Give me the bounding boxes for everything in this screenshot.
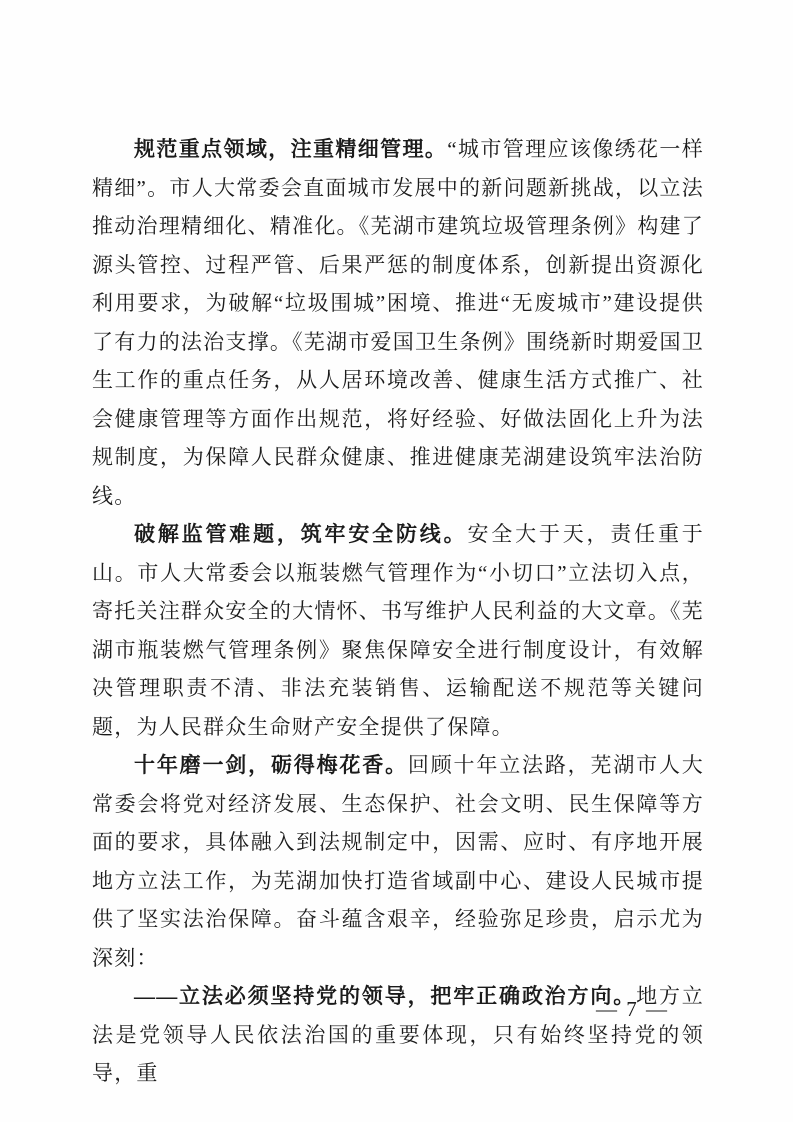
paragraph-text: 安全大于天，责任重于山。市人大常委会以瓶装燃气管理作为“小切口”立法切入点，寄托… xyxy=(92,522,704,739)
paragraph-text: 回顾十年立法路，芜湖市人大常委会将党对经济发展、生态保护、社会文明、民生保障等方… xyxy=(92,753,704,970)
document-body: 规范重点领域，注重精细管理。“城市管理应该像绣花一样精细”。市人大常委会直面城市… xyxy=(92,130,704,1093)
paragraph-lead: 十年磨一剑，砺得梅花香。 xyxy=(134,753,408,777)
paragraph-lead: 规范重点领域，注重精细管理。 xyxy=(134,137,447,161)
paragraph: ——立法必须坚持党的领导，把牢正确政治方向。地方立法是党领导人民依法治国的重要体… xyxy=(92,977,704,1093)
paragraph-lead: ——立法必须坚持党的领导，把牢正确政治方向。 xyxy=(134,984,636,1008)
paragraph: 破解监管难题，筑牢安全防线。安全大于天，责任重于山。市人大常委会以瓶装燃气管理作… xyxy=(92,515,704,746)
document-page: 规范重点领域，注重精细管理。“城市管理应该像绣花一样精细”。市人大常委会直面城市… xyxy=(0,0,793,1122)
page-number: — 7 — xyxy=(596,997,669,1022)
paragraph-text: “城市管理应该像绣花一样精细”。市人大常委会直面城市发展中的新问题新挑战，以立法… xyxy=(92,137,704,508)
paragraph-lead: 破解监管难题，筑牢安全防线。 xyxy=(134,522,467,546)
paragraph: 十年磨一剑，砺得梅花香。回顾十年立法路，芜湖市人大常委会将党对经济发展、生态保护… xyxy=(92,746,704,977)
paragraph: 规范重点领域，注重精细管理。“城市管理应该像绣花一样精细”。市人大常委会直面城市… xyxy=(92,130,704,515)
